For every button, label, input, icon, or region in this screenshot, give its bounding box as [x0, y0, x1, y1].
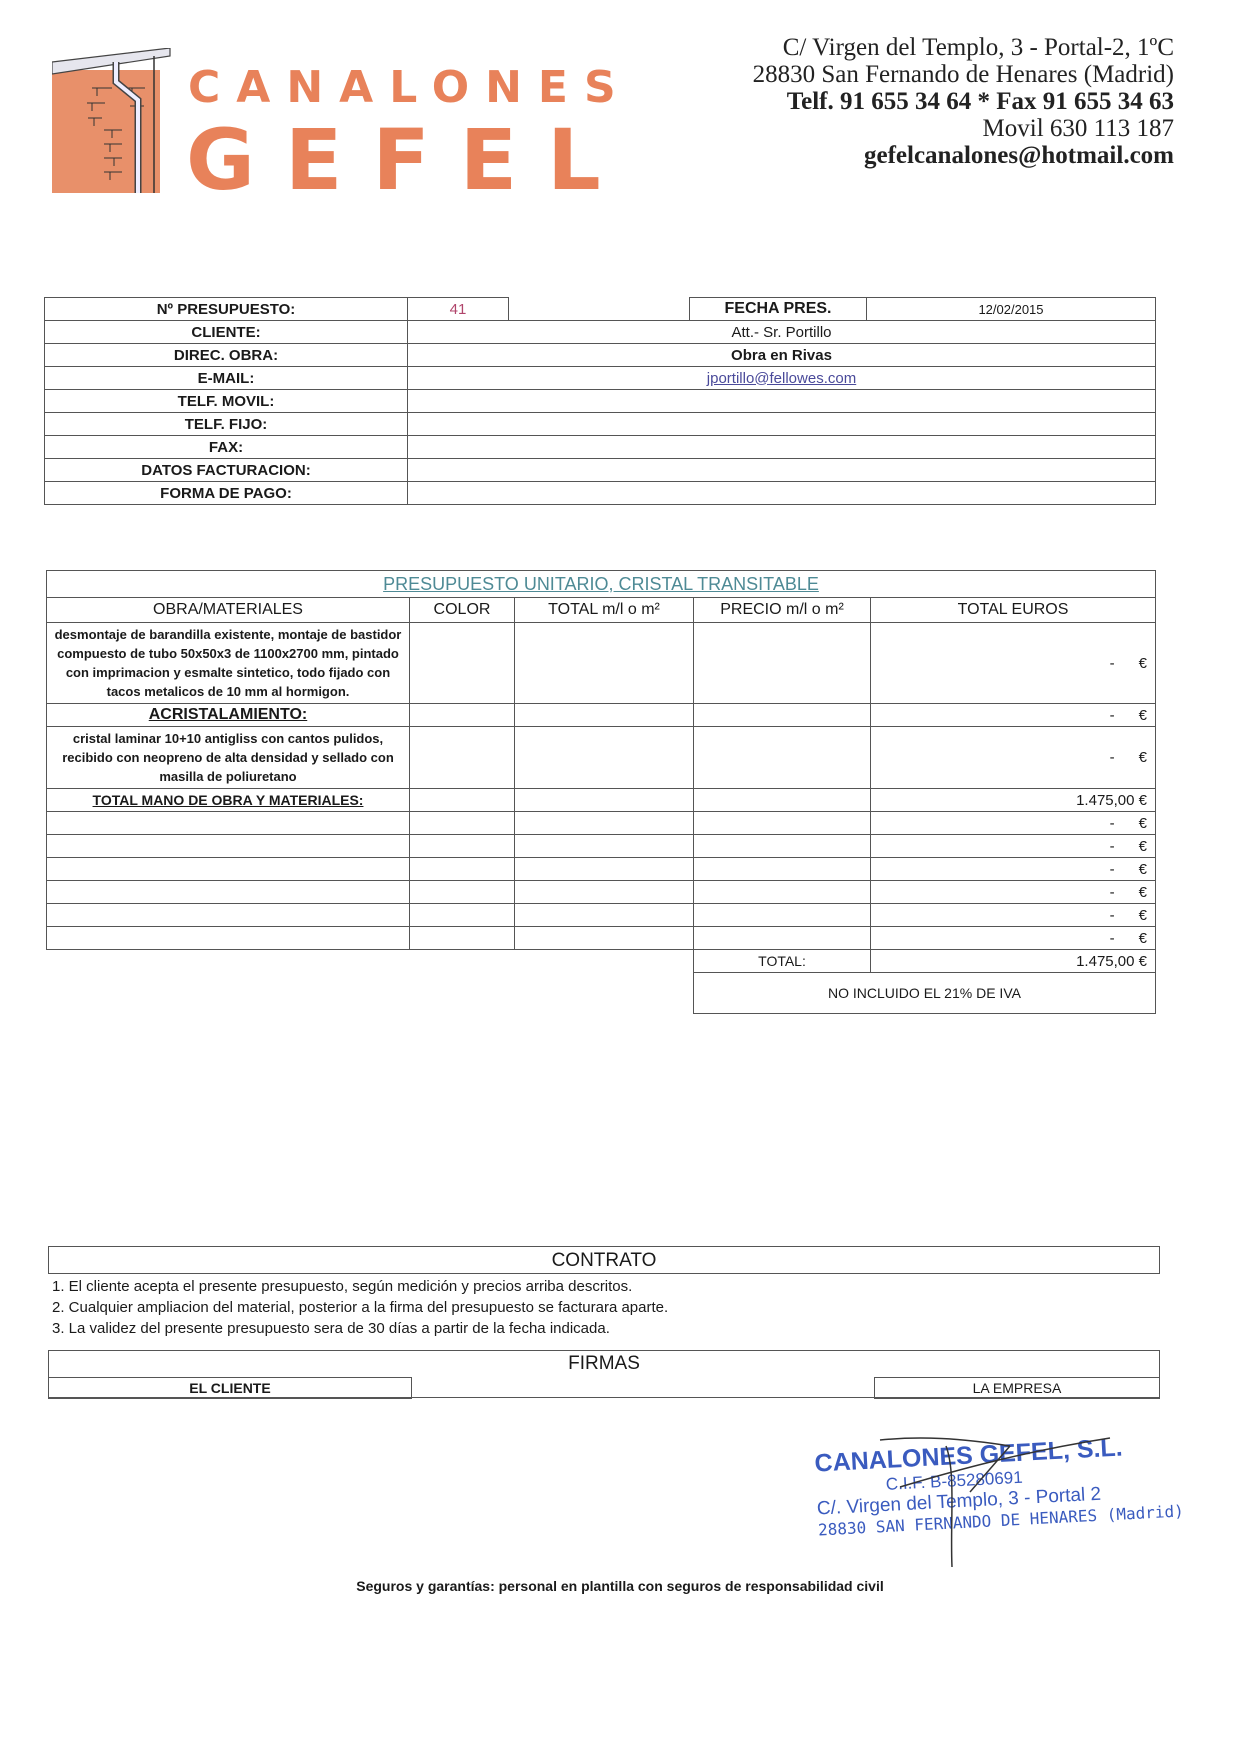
- total-value: 1.475,00 €: [871, 950, 1156, 973]
- table-row: -€: [47, 904, 1156, 927]
- col-materials: OBRA/MATERIALES: [47, 598, 410, 623]
- vat-note: NO INCLUIDO EL 21% DE IVA: [694, 973, 1156, 1014]
- budget-table: PRESUPUESTO UNITARIO, CRISTAL TRANSITABL…: [46, 570, 1156, 1014]
- site-address-value: Obra en Rivas: [408, 344, 1156, 367]
- landline-label: TELF. FIJO:: [45, 413, 408, 436]
- landline-value: [408, 413, 1156, 436]
- brand-line2: GEFEL: [186, 118, 631, 202]
- brand-line1: CANALONES: [188, 62, 632, 113]
- client-signature-field[interactable]: EL CLIENTE: [48, 1377, 412, 1399]
- col-price: PRECIO m/l o m²: [694, 598, 871, 623]
- item-description: desmontaje de barandilla existente, mont…: [47, 623, 410, 704]
- client-value: Att.- Sr. Portillo: [408, 321, 1156, 344]
- table-row: -€: [47, 927, 1156, 950]
- table-row: desmontaje de barandilla existente, mont…: [47, 623, 1156, 704]
- subtotal-label: TOTAL MANO DE OBRA Y MATERIALES:: [47, 789, 410, 812]
- table-row: -€: [47, 881, 1156, 904]
- col-total: TOTAL EUROS: [871, 598, 1156, 623]
- company-signature-field[interactable]: LA EMPRESA: [874, 1377, 1160, 1399]
- clause: 2. Cualquier ampliacion del material, po…: [52, 1297, 668, 1318]
- client-info-table: Nº PRESUPUESTO: 41 FECHA PRES. 12/02/201…: [44, 297, 1156, 505]
- table-row: ACRISTALAMIENTO: -€: [47, 704, 1156, 727]
- table-row: -€: [47, 835, 1156, 858]
- clause: 1. El cliente acepta el presente presupu…: [52, 1276, 668, 1297]
- date-label: FECHA PRES.: [690, 298, 867, 321]
- client-label: CLIENTE:: [45, 321, 408, 344]
- mobile-label: TELF. MOVIL:: [45, 390, 408, 413]
- item-description: cristal laminar 10+10 antigliss con cant…: [47, 727, 410, 789]
- company-contact: C/ Virgen del Templo, 3 - Portal-2, 1ºC …: [753, 34, 1174, 169]
- table-row: cristal laminar 10+10 antigliss con cant…: [47, 727, 1156, 789]
- clause: 3. La validez del presente presupuesto s…: [52, 1318, 668, 1339]
- insurance-note: Seguros y garantías: personal en plantil…: [0, 1578, 1240, 1594]
- col-color: COLOR: [410, 598, 515, 623]
- address-line2: 28830 San Fernando de Henares (Madrid): [753, 61, 1174, 88]
- site-address-label: DIREC. OBRA:: [45, 344, 408, 367]
- billing-label: DATOS FACTURACION:: [45, 459, 408, 482]
- company-email: gefelcanalones@hotmail.com: [753, 142, 1174, 169]
- contract-title: CONTRATO: [48, 1246, 1160, 1274]
- mobile: Movil 630 113 187: [753, 115, 1174, 142]
- phones: Telf. 91 655 34 64 * Fax 91 655 34 63: [753, 88, 1174, 115]
- fax-value: [408, 436, 1156, 459]
- signature-scribble-icon: [860, 1432, 1120, 1572]
- table-row: -€: [47, 812, 1156, 835]
- billing-value: [408, 459, 1156, 482]
- total-row: TOTAL: 1.475,00 €: [47, 950, 1156, 973]
- address-line1: C/ Virgen del Templo, 3 - Portal-2, 1ºC: [753, 34, 1174, 61]
- table-row: -€: [47, 858, 1156, 881]
- mobile-value: [408, 390, 1156, 413]
- email-label: E-MAIL:: [45, 367, 408, 390]
- subtotal-row: TOTAL MANO DE OBRA Y MATERIALES: 1.475,0…: [47, 789, 1156, 812]
- fax-label: FAX:: [45, 436, 408, 459]
- signatures-box: FIRMAS EL CLIENTE LA EMPRESA: [48, 1350, 1160, 1398]
- signatures-title: FIRMAS: [49, 1351, 1159, 1377]
- contract-clauses: 1. El cliente acepta el presente presupu…: [52, 1276, 668, 1339]
- budget-number-label: Nº PRESUPUESTO:: [45, 298, 408, 321]
- section-heading: ACRISTALAMIENTO:: [47, 704, 410, 727]
- total-label: TOTAL:: [694, 950, 871, 973]
- budget-number: 41: [408, 298, 509, 321]
- budget-title: PRESUPUESTO UNITARIO, CRISTAL TRANSITABL…: [47, 571, 1156, 598]
- budget-date: 12/02/2015: [867, 298, 1156, 321]
- payment-label: FORMA DE PAGO:: [45, 482, 408, 505]
- subtotal-value: 1.475,00 €: [871, 789, 1156, 812]
- col-quantity: TOTAL m/l o m²: [515, 598, 694, 623]
- payment-value: [408, 482, 1156, 505]
- client-email-link[interactable]: jportillo@fellowes.com: [707, 370, 856, 387]
